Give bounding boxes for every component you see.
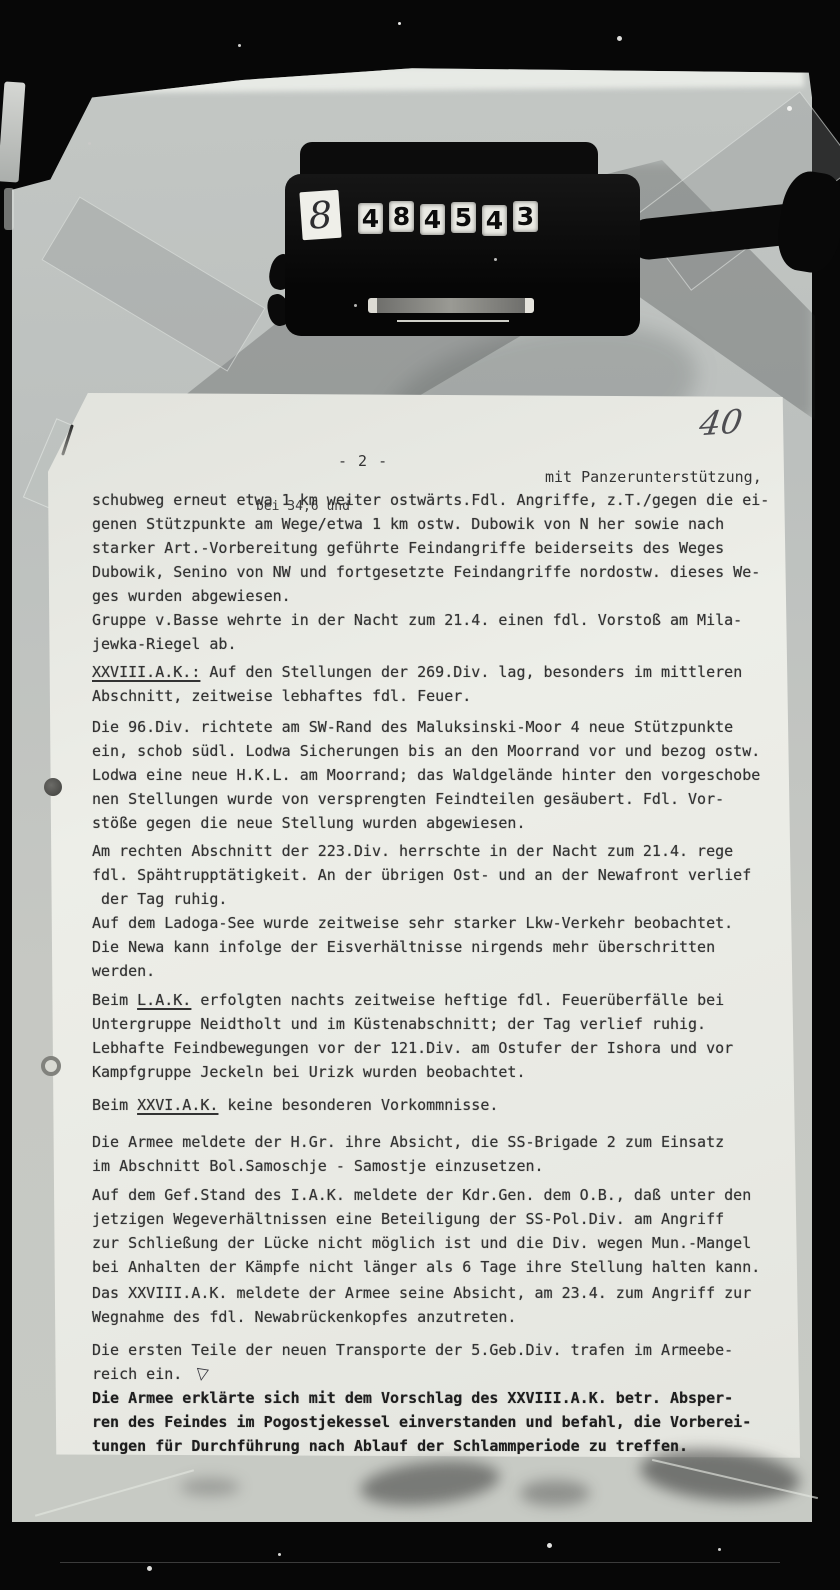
text-line: Beim XXVI.A.K. keine besonderen Vorkommn… [92,1093,787,1117]
text-line: stöße gegen die neue Stellung wurden abg… [92,811,787,835]
text-line: Beim L.A.K. erfolgten nachts zeitweise h… [92,988,787,1012]
text-line: Untergruppe Neidtholt und im Küstenabsch… [92,1012,787,1036]
dust-specks [398,22,401,25]
counter-digit: 4 [420,204,445,235]
text-line: bei Anhalten der Kämpfe nicht länger als… [92,1255,787,1279]
text-line: Die ersten Teile der neuen Transporte de… [92,1338,787,1362]
text-line: Gruppe v.Basse wehrte in der Nacht zum 2… [92,608,787,632]
smudge [520,1480,590,1506]
text-line: Abschnitt, zeitweise lebhaftes fdl. Feue… [92,684,787,708]
counter-digit: 5 [451,202,476,233]
handwritten-label-text: 8 [307,193,333,238]
text-line: Lebhafte Feindbewegungen vor der 121.Div… [92,1036,787,1060]
text-line: Kampfgruppe Jeckeln bei Urizk wurden beo… [92,1060,787,1084]
counter-digit-row: 4 8 4 5 4 3 [358,201,538,232]
page-number-header: - 2 - [338,452,388,470]
counter-digit: 4 [482,205,507,236]
counter-slot-line [397,320,509,322]
text-line: jetzigen Wegeverhältnissen eine Beteilig… [92,1207,787,1231]
text-line: reich ein.▽ [92,1362,787,1386]
text-line: Die 96.Div. richtete am SW-Rand des Malu… [92,715,787,739]
counter-digit: 3 [513,201,538,232]
text-line: Am rechten Abschnitt der 223.Div. herrsc… [92,839,787,863]
punch-hole-bottom [41,1056,61,1076]
microfilm-photo-frame: 8 4 8 4 5 4 3 40 - 2 - mit Panzerunterst… [0,0,840,1590]
text-line: starker Art.-Vorbereitung geführte Feind… [92,536,787,560]
text-line: Das XXVIII.A.K. meldete der Armee seine … [92,1281,787,1305]
film-edge-artifact [0,81,25,182]
handwritten-page-number: 40 [697,402,745,444]
text-line: Die Armee erklärte sich mit dem Vorschla… [92,1386,787,1410]
text-line: Auf dem Gef.Stand des I.A.K. meldete der… [92,1183,787,1207]
text-line: jewka-Riegel ab. [92,632,787,656]
counter-digit: 8 [389,201,414,232]
film-scratch [60,1562,780,1563]
text-line: der Tag ruhig. [92,887,787,911]
continuation-line: mit Panzerunterstützung, [545,468,762,486]
typewritten-text: schubweg erneut etwa 1 km weiter ostwärt… [92,488,787,1458]
paper-edge-highlight [68,63,804,93]
handwritten-label: 8 [299,190,341,241]
smudge [180,1478,240,1496]
counter-device: 8 4 8 4 5 4 3 [285,174,640,336]
text-line: Lodwa eine neue H.K.L. am Moorrand; das … [92,763,787,787]
text-line: genen Stützpunkte am Wege/etwa 1 km ostw… [92,512,787,536]
text-line: ein, schob südl. Lodwa Sicherungen bis a… [92,739,787,763]
film-edge-artifact-small [4,188,14,230]
text-line: ges wurden abgewiesen. [92,584,787,608]
handwritten-mark: ▽ [195,1361,211,1387]
counter-slot [368,298,534,313]
text-line: zur Schließung der Lücke nicht möglich i… [92,1231,787,1255]
text-line: fdl. Spähtrupptätigkeit. An der übrigen … [92,863,787,887]
text-line: schubweg erneut etwa 1 km weiter ostwärt… [92,488,787,512]
text-line: Auf dem Ladoga-See wurde zeitweise sehr … [92,911,787,935]
text-line: XXVIII.A.K.: Auf den Stellungen der 269.… [92,660,787,684]
text-line: ren des Feindes im Pogostjekessel einver… [92,1410,787,1434]
text-line: nen Stellungen wurde von versprengten Fe… [92,787,787,811]
text-line: Wegnahme des fdl. Newabrückenkopfes anzu… [92,1305,787,1329]
text-line: Die Armee meldete der H.Gr. ihre Absicht… [92,1130,787,1154]
punch-hole-top [44,778,62,796]
text-line: Dubowik, Senino von NW und fortgesetzte … [92,560,787,584]
counter-digit: 4 [358,203,383,234]
text-line: Die Newa kann infolge der Eisverhältniss… [92,935,787,959]
text-line: im Abschnitt Bol.Samoschje - Samostje ei… [92,1154,787,1178]
text-line: werden. [92,959,787,983]
